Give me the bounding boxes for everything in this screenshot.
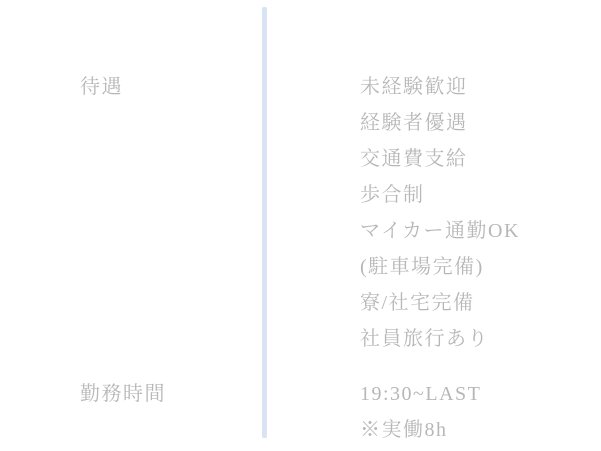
benefit-item: 交通費支給 xyxy=(360,141,520,177)
working-hours-note: ※実働8h xyxy=(360,412,481,448)
working-hours-value: 19:30~LAST xyxy=(360,376,481,412)
benefit-item: (駐車場完備) xyxy=(360,249,520,285)
row-label-benefits: 待遇 xyxy=(0,69,262,105)
row-values-working-hours: 19:30~LAST ※実働8h xyxy=(262,376,481,448)
job-detail-section: 待遇 未経験歓迎 経験者優遇 交通費支給 歩合制 マイカー通勤OK (駐車場完備… xyxy=(0,0,601,451)
benefit-item: 寮/社宅完備 xyxy=(360,285,520,321)
table-row-benefits: 待遇 未経験歓迎 経験者優遇 交通費支給 歩合制 マイカー通勤OK (駐車場完備… xyxy=(0,69,601,357)
benefit-item: 経験者優遇 xyxy=(360,105,520,141)
row-values-benefits: 未経験歓迎 経験者優遇 交通費支給 歩合制 マイカー通勤OK (駐車場完備) 寮… xyxy=(262,69,520,357)
table-row-working-hours: 勤務時間 19:30~LAST ※実働8h xyxy=(0,376,601,448)
benefit-item: マイカー通勤OK xyxy=(360,213,520,249)
row-label-working-hours: 勤務時間 xyxy=(0,376,262,412)
benefit-item: 歩合制 xyxy=(360,177,520,213)
benefit-item: 未経験歓迎 xyxy=(360,69,520,105)
benefit-item: 社員旅行あり xyxy=(360,321,520,357)
